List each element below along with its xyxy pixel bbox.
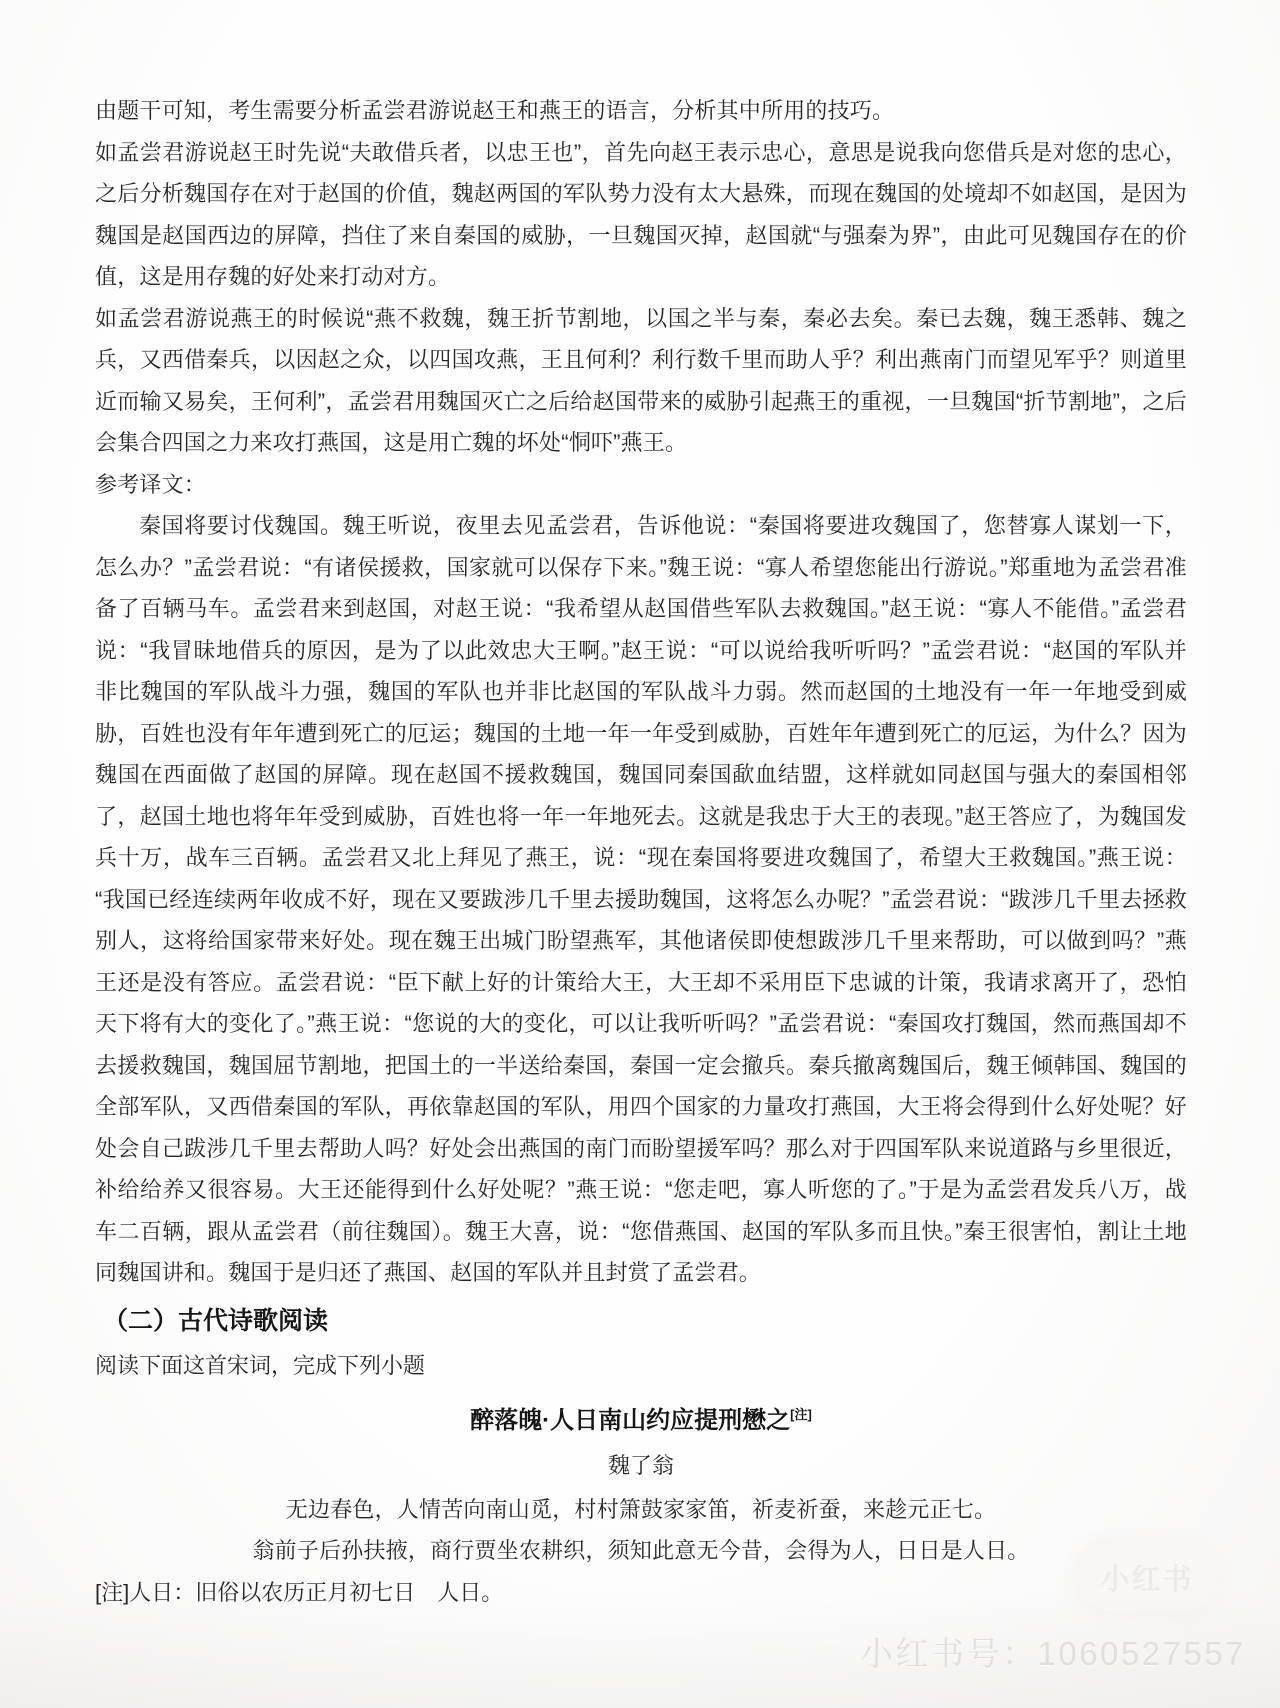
poem-line: 无边春色，人情苦向南山觅，村村箫鼓家家笛，祈麦祈蚕，来趁元正七。 [95,1489,1187,1531]
poem-title-row: 醉落魄·人日南山约应提刑懋之[注] [95,1395,1187,1441]
reference-translation-text: 秦国将要讨伐魏国。魏王听说，夜里去见孟尝君，告诉他说：“秦国将要进攻魏国了，您替… [95,505,1187,1294]
document-text-column: 由题干可知，考生需要分析孟尝君游说赵王和燕王的语言，分析其中所用的技巧。 如孟尝… [95,90,1187,1614]
reference-translation-label: 参考译文： [95,464,1187,506]
poem-author: 魏了翁 [95,1443,1187,1489]
section-heading: （二）古代诗歌阅读 [95,1299,1187,1343]
poem-instruction: 阅读下面这首宋词，完成下列小题 [95,1344,1187,1388]
poem-title: 醉落魄·人日南山约应提刑懋之 [470,1407,790,1434]
analysis-paragraph: 由题干可知，考生需要分析孟尝君游说赵王和燕王的语言，分析其中所用的技巧。 [95,90,1187,132]
document-page: 由题干可知，考生需要分析孟尝君游说赵王和燕王的语言，分析其中所用的技巧。 如孟尝… [0,0,1280,1708]
poem-line: 翁前子后孙扶掖，商行贾坐农耕织，须知此意无今昔，会得为人，日日是人日。 [95,1530,1187,1572]
poem-title-note-superscript: [注] [790,1407,812,1422]
poem-note: [注]人日：旧俗以农历正月初七日 人日。 [95,1572,1187,1614]
xiaohongshu-account-watermark: 小红书号：1060527557 [860,1628,1246,1675]
poetry-section: （二）古代诗歌阅读 阅读下面这首宋词，完成下列小题 醉落魄·人日南山约应提刑懋之… [95,1299,1187,1614]
analysis-paragraph: 如孟尝君游说赵王时先说“夫敢借兵者，以忠王也”，首先向赵王表示忠心，意思是说我向… [95,132,1187,298]
analysis-paragraph: 如孟尝君游说燕王的时候说“燕不救魏，魏王折节割地，以国之半与秦，秦必去矣。秦已去… [95,298,1187,464]
analysis-section: 由题干可知，考生需要分析孟尝君游说赵王和燕王的语言，分析其中所用的技巧。 如孟尝… [95,90,1187,1294]
